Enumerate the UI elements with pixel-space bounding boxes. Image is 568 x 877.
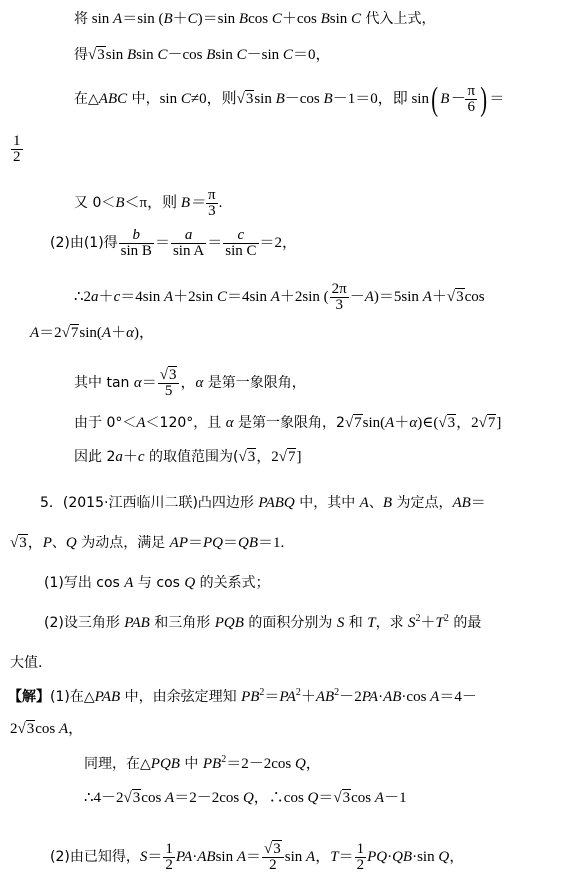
numerator: π xyxy=(465,84,477,100)
var: PB xyxy=(203,756,221,772)
text: 与 cos xyxy=(133,575,184,591)
denominator: 2 xyxy=(163,858,175,873)
text: sin( xyxy=(363,415,386,431)
text: 的最 xyxy=(449,615,481,631)
text: (2)设三角形 xyxy=(44,615,124,631)
var: A xyxy=(360,495,369,511)
line-conclusion-range: 因此 2a＋c 的取值范围为(√3，2√7] xyxy=(74,448,301,466)
text: ＝ xyxy=(339,849,354,865)
var: PQB xyxy=(215,615,244,631)
text: ， xyxy=(449,849,464,865)
fraction: √32 xyxy=(262,842,284,873)
line-therefore-2a-plus-c: ∴2a＋c＝4sin A＋2sin C＝4sin A＋2sin (2π3－A)＝… xyxy=(74,282,485,313)
solution-part1: 【解】(1)在△PAB 中，由余弦定理知 PB2＝PA2＋AB2－2PA·AB·… xyxy=(8,688,477,706)
text: sin xyxy=(136,47,157,63)
numerator: 2π xyxy=(330,282,349,298)
var: QB xyxy=(238,535,258,551)
var: Q xyxy=(308,790,319,806)
numerator: 1 xyxy=(11,134,23,150)
fraction: 2π3 xyxy=(330,282,349,313)
fraction: asin A xyxy=(171,228,206,259)
text: 为定点， xyxy=(392,495,452,511)
numerator: 1 xyxy=(163,842,175,858)
text: 3 xyxy=(447,414,457,431)
text: ， xyxy=(28,535,43,551)
denominator: sin B xyxy=(119,244,154,259)
var: PA xyxy=(176,849,192,865)
text: cos xyxy=(351,790,375,806)
var: A xyxy=(385,415,394,431)
text: ·sin xyxy=(412,849,438,865)
var: PQ xyxy=(367,849,387,865)
text: 2 xyxy=(10,721,18,737)
var: A xyxy=(375,790,384,806)
text: 和 xyxy=(344,615,367,631)
text: ，求 xyxy=(376,615,408,631)
text: sin xyxy=(285,849,306,865)
var: A xyxy=(102,325,111,341)
denominator: 2 xyxy=(262,858,284,873)
var: B xyxy=(383,495,392,511)
var: B xyxy=(276,91,285,107)
var: Q xyxy=(438,849,449,865)
text: 大值. xyxy=(10,655,42,671)
text: ＝2－2cos xyxy=(174,790,243,806)
line-tan-alpha: 其中 tan α＝√35，α 是第一象限角， xyxy=(74,368,306,399)
solution-part2-areas: (2)由已知得，S＝12PA·ABsin A＝√32sin A，T＝12PQ·Q… xyxy=(50,842,464,873)
text: ＋ xyxy=(301,689,316,705)
text: ＝2， xyxy=(260,235,298,251)
var: AB xyxy=(197,849,215,865)
var: AP xyxy=(170,535,188,551)
text: 得 xyxy=(74,47,88,63)
text: ＝1. xyxy=(258,535,284,551)
sqrt: √3 xyxy=(88,46,106,64)
var: A xyxy=(237,849,246,865)
text: ＜π，则 xyxy=(125,195,181,211)
fraction: √35 xyxy=(158,368,180,399)
var: C xyxy=(283,47,293,63)
sqrt: √3 xyxy=(237,90,255,108)
text: 和三角形 xyxy=(150,615,215,631)
text: －cos xyxy=(285,91,324,107)
var: PQB xyxy=(151,756,180,772)
var: Q xyxy=(66,535,77,551)
line-derive: 得√3sin Bsin C－cos Bsin C－sin C＝0， xyxy=(74,46,330,64)
fraction: 12 xyxy=(355,842,367,873)
var: AB xyxy=(452,495,470,511)
var: α xyxy=(126,325,134,341)
text: ，2 xyxy=(456,415,479,431)
text: ＝4sin xyxy=(120,289,164,305)
text: 在△ xyxy=(74,91,99,107)
numerator: b xyxy=(119,228,154,244)
text: ＝2－2cos xyxy=(226,756,295,772)
text: . xyxy=(219,195,223,211)
solution-relation: ∴4－2√3cos A＝2－2cos Q，∴cos Q＝√3cos A－1 xyxy=(84,789,407,807)
var: PA xyxy=(279,689,295,705)
text: ，2 xyxy=(256,449,279,465)
text: ＋ xyxy=(432,289,447,305)
var: B xyxy=(127,47,136,63)
text: ＝ xyxy=(246,849,261,865)
text: sin xyxy=(106,47,127,63)
sqrt: √7 xyxy=(62,324,80,342)
text: ＝sin ( xyxy=(122,11,163,27)
text: ＋cos xyxy=(282,11,321,27)
var: S xyxy=(408,615,416,631)
fraction: π6 xyxy=(465,84,477,115)
text: 3 xyxy=(245,90,255,107)
text: 其中 tan xyxy=(74,375,134,391)
var: PQ xyxy=(203,535,223,551)
var: ABC xyxy=(99,91,127,107)
line-substitute: 将 sin A＝sin (B＋C)＝sin Bcos C＋cos Bsin C … xyxy=(74,10,436,28)
var: C xyxy=(237,47,247,63)
var: A xyxy=(164,289,173,305)
text: 3 xyxy=(26,720,36,737)
text: 中，由余弦定理知 xyxy=(120,689,241,705)
text: ] xyxy=(496,415,501,431)
text: 3 xyxy=(272,840,282,857)
problem-5-statement: 5．(2015·江西临川二联)凸四边形 PABQ 中，其中 A、B 为定点，AB… xyxy=(40,494,486,512)
sqrt: √3 xyxy=(18,720,36,738)
var: C xyxy=(188,11,198,27)
text: 的面积分别为 xyxy=(244,615,337,631)
var: C xyxy=(351,11,361,27)
text: ＝ xyxy=(223,535,238,551)
text: sin( xyxy=(79,325,102,341)
text: 2 xyxy=(354,689,362,705)
text: ， xyxy=(306,756,321,772)
text: cos xyxy=(465,289,485,305)
text: 中， xyxy=(127,91,159,107)
solution-part1-cont: 2√3cos A， xyxy=(10,720,83,738)
fraction: 12 xyxy=(11,134,23,165)
text: 5．(2015·江西临川二联)凸四边形 xyxy=(40,495,258,511)
text: ＋ xyxy=(421,615,436,631)
text: )＝5sin xyxy=(374,289,423,305)
denominator: 6 xyxy=(465,100,477,115)
sqrt: √3 xyxy=(447,288,465,306)
solution-similarly: 同理，在△PQB 中 PB2＝2－2cos Q， xyxy=(84,755,321,773)
text: 、 xyxy=(52,535,66,551)
var: T xyxy=(330,849,338,865)
text: 3 xyxy=(96,46,106,63)
paren: ( xyxy=(431,85,438,115)
var: α xyxy=(226,415,234,431)
sqrt: √7 xyxy=(479,414,497,432)
line-B-range: 又 0＜B＜π，则 B＝π3. xyxy=(74,188,222,219)
line-A-range: 由于 0°＜A＜120°，且 α 是第一象限角，2√7sin(A＋α)∈(√3，… xyxy=(74,414,501,432)
var: Q xyxy=(243,790,254,806)
text: ， xyxy=(180,375,195,391)
text: ＋ xyxy=(123,449,138,465)
text: sin xyxy=(160,91,181,107)
text: ] xyxy=(296,449,301,465)
var: QB xyxy=(392,849,412,865)
numerator: a xyxy=(171,228,206,244)
var: B－ xyxy=(440,91,464,107)
text: ∴4－2 xyxy=(84,790,124,806)
var: B xyxy=(324,91,333,107)
text: 将 xyxy=(74,11,88,27)
text: － xyxy=(339,689,354,705)
var: C xyxy=(272,11,282,27)
var: PAB xyxy=(124,615,150,631)
var: B xyxy=(206,47,215,63)
numerator: c xyxy=(223,228,258,244)
var: PABQ xyxy=(258,495,294,511)
text: cos xyxy=(248,11,272,27)
var: c xyxy=(138,449,145,465)
var: PAB xyxy=(95,689,121,705)
text: 代入上式， xyxy=(361,11,435,27)
text: 因此 2 xyxy=(74,449,115,465)
text: 是第一象限角，2 xyxy=(234,415,345,431)
var: P xyxy=(43,535,52,551)
paren: ) xyxy=(480,85,487,115)
fraction: bsin B xyxy=(119,228,154,259)
numerator: √3 xyxy=(158,368,180,384)
text: ＝ xyxy=(471,495,486,511)
text: －cos xyxy=(167,47,206,63)
text: ＝ xyxy=(188,535,203,551)
text: )∈( xyxy=(417,415,438,431)
line-half: 12 xyxy=(10,134,24,165)
text: 7 xyxy=(70,324,80,341)
text: －1＝0，即 sin xyxy=(333,91,429,107)
var: T xyxy=(436,615,444,631)
text: 中 xyxy=(180,756,203,772)
text: ＋ xyxy=(173,11,188,27)
denominator: sin A xyxy=(171,244,206,259)
text: (2)由(1)得 xyxy=(50,235,118,251)
denominator: 2 xyxy=(11,150,23,165)
text: 7 xyxy=(487,414,497,431)
text: ＝4－ xyxy=(439,689,477,705)
var: B xyxy=(163,11,172,27)
text: ＝ xyxy=(147,849,162,865)
var: a xyxy=(115,449,123,465)
var: A xyxy=(423,289,432,305)
var: B xyxy=(321,11,330,27)
text: 中，其中 xyxy=(295,495,360,511)
text: ，∴cos xyxy=(254,790,308,806)
text: 又 0＜ xyxy=(74,195,115,211)
text: ， xyxy=(315,849,330,865)
problem-5-conditions: √3，P、Q 为动点，满足 AP＝PQ＝QB＝1. xyxy=(10,534,284,552)
text: ＋2sin ( xyxy=(280,289,329,305)
numerator: π xyxy=(206,188,218,204)
text: ∴2 xyxy=(74,289,91,305)
text: )， xyxy=(134,325,154,341)
line-part2-ratio: (2)由(1)得bsin B＝asin A＝csin C＝2， xyxy=(50,228,297,259)
text: cos xyxy=(141,790,165,806)
text: ＋ xyxy=(111,325,126,341)
text: 为动点，满足 xyxy=(77,535,170,551)
var: A xyxy=(306,849,315,865)
text: (2)由已知得， xyxy=(50,849,140,865)
numerator: 1 xyxy=(355,842,367,858)
sqrt: √3 xyxy=(124,789,142,807)
text: 3 xyxy=(168,366,178,383)
sqrt: √3 xyxy=(438,414,456,432)
text: sin xyxy=(330,11,351,27)
var: B＝ xyxy=(181,195,205,211)
text: －sin xyxy=(247,47,283,63)
text: ≠0，则 xyxy=(191,91,237,107)
text: ＝2 xyxy=(39,325,62,341)
denominator: sin C xyxy=(223,244,258,259)
var: a xyxy=(91,289,99,305)
text: ＝0， xyxy=(293,47,331,63)
var: A xyxy=(136,415,145,431)
text: ＝ xyxy=(264,689,279,705)
denominator: 5 xyxy=(158,384,180,399)
var: AB xyxy=(383,689,401,705)
var: AB xyxy=(316,689,334,705)
var: A xyxy=(30,325,39,341)
var: T xyxy=(367,615,375,631)
var: α xyxy=(134,375,142,391)
numerator: √3 xyxy=(262,842,284,858)
problem-5-part1: (1)写出 cos A 与 cos Q 的关系式； xyxy=(44,574,270,592)
text: ＝ xyxy=(489,91,504,107)
var: Q xyxy=(295,756,306,772)
text: ＝4sin xyxy=(227,289,271,305)
problem-5-part2: (2)设三角形 PAB 和三角形 PQB 的面积分别为 S 和 T，求 S2＋T… xyxy=(44,614,481,632)
text: ＋ xyxy=(394,415,409,431)
text: ＝ xyxy=(207,235,222,251)
text: sin xyxy=(254,91,275,107)
text: ＝ xyxy=(318,790,333,806)
text: ＋ xyxy=(99,289,114,305)
var: B xyxy=(115,195,124,211)
var: PB xyxy=(241,689,259,705)
var: A xyxy=(365,289,374,305)
text: 同理，在△ xyxy=(84,756,151,772)
line-amplitude: A＝2√7sin(A＋α)， xyxy=(30,324,154,342)
text: 3 xyxy=(18,534,28,551)
text: ＋2sin xyxy=(173,289,217,305)
text: － xyxy=(350,289,365,305)
text: sin xyxy=(88,11,113,27)
line-in-triangle: 在△ABC 中，sin C≠0，则√3sin B－cos B－1＝0，即 sin… xyxy=(74,84,504,115)
var: C xyxy=(157,47,167,63)
sqrt: √7 xyxy=(345,414,363,432)
text: 、 xyxy=(369,495,383,511)
text: 3 xyxy=(247,448,257,465)
problem-5-part2-cont: 大值. xyxy=(10,654,42,672)
var: B xyxy=(239,11,248,27)
text: 的关系式； xyxy=(195,575,269,591)
text: sin xyxy=(216,849,237,865)
text: －1 xyxy=(384,790,407,806)
text: ·cos xyxy=(401,689,430,705)
text: 3 xyxy=(455,288,465,305)
text: )＝sin xyxy=(198,11,239,27)
denominator: 3 xyxy=(206,204,218,219)
text: ＝ xyxy=(142,375,157,391)
var: A xyxy=(113,11,122,27)
text: cos xyxy=(35,721,59,737)
text: ＜120°，且 xyxy=(146,415,226,431)
sqrt: √3 xyxy=(10,534,28,552)
sqrt: √7 xyxy=(279,448,297,466)
var: C xyxy=(181,91,191,107)
sqrt: √3 xyxy=(238,448,256,466)
text: (1)写出 cos xyxy=(44,575,124,591)
var: A xyxy=(430,689,439,705)
fraction: csin C xyxy=(223,228,258,259)
fraction: π3 xyxy=(206,188,218,219)
var: A xyxy=(271,289,280,305)
var: C xyxy=(217,289,227,305)
text: 由于 0°＜ xyxy=(74,415,136,431)
text: sin xyxy=(215,47,236,63)
text: 7 xyxy=(353,414,363,431)
text: 的取值范围为( xyxy=(145,449,239,465)
solution-label: 【解】 xyxy=(8,689,50,705)
text: ， xyxy=(68,721,83,737)
var: A xyxy=(165,790,174,806)
text: 3 xyxy=(132,789,142,806)
var: PA xyxy=(362,689,378,705)
text: 是第一象限角， xyxy=(203,375,305,391)
denominator: 3 xyxy=(330,298,349,313)
var: A xyxy=(59,721,68,737)
text: ＝ xyxy=(155,235,170,251)
text: (1)在△ xyxy=(50,689,95,705)
text: 3 xyxy=(342,789,352,806)
denominator: 2 xyxy=(355,858,367,873)
var: Q xyxy=(184,575,195,591)
fraction: 12 xyxy=(163,842,175,873)
sqrt: √3 xyxy=(333,789,351,807)
